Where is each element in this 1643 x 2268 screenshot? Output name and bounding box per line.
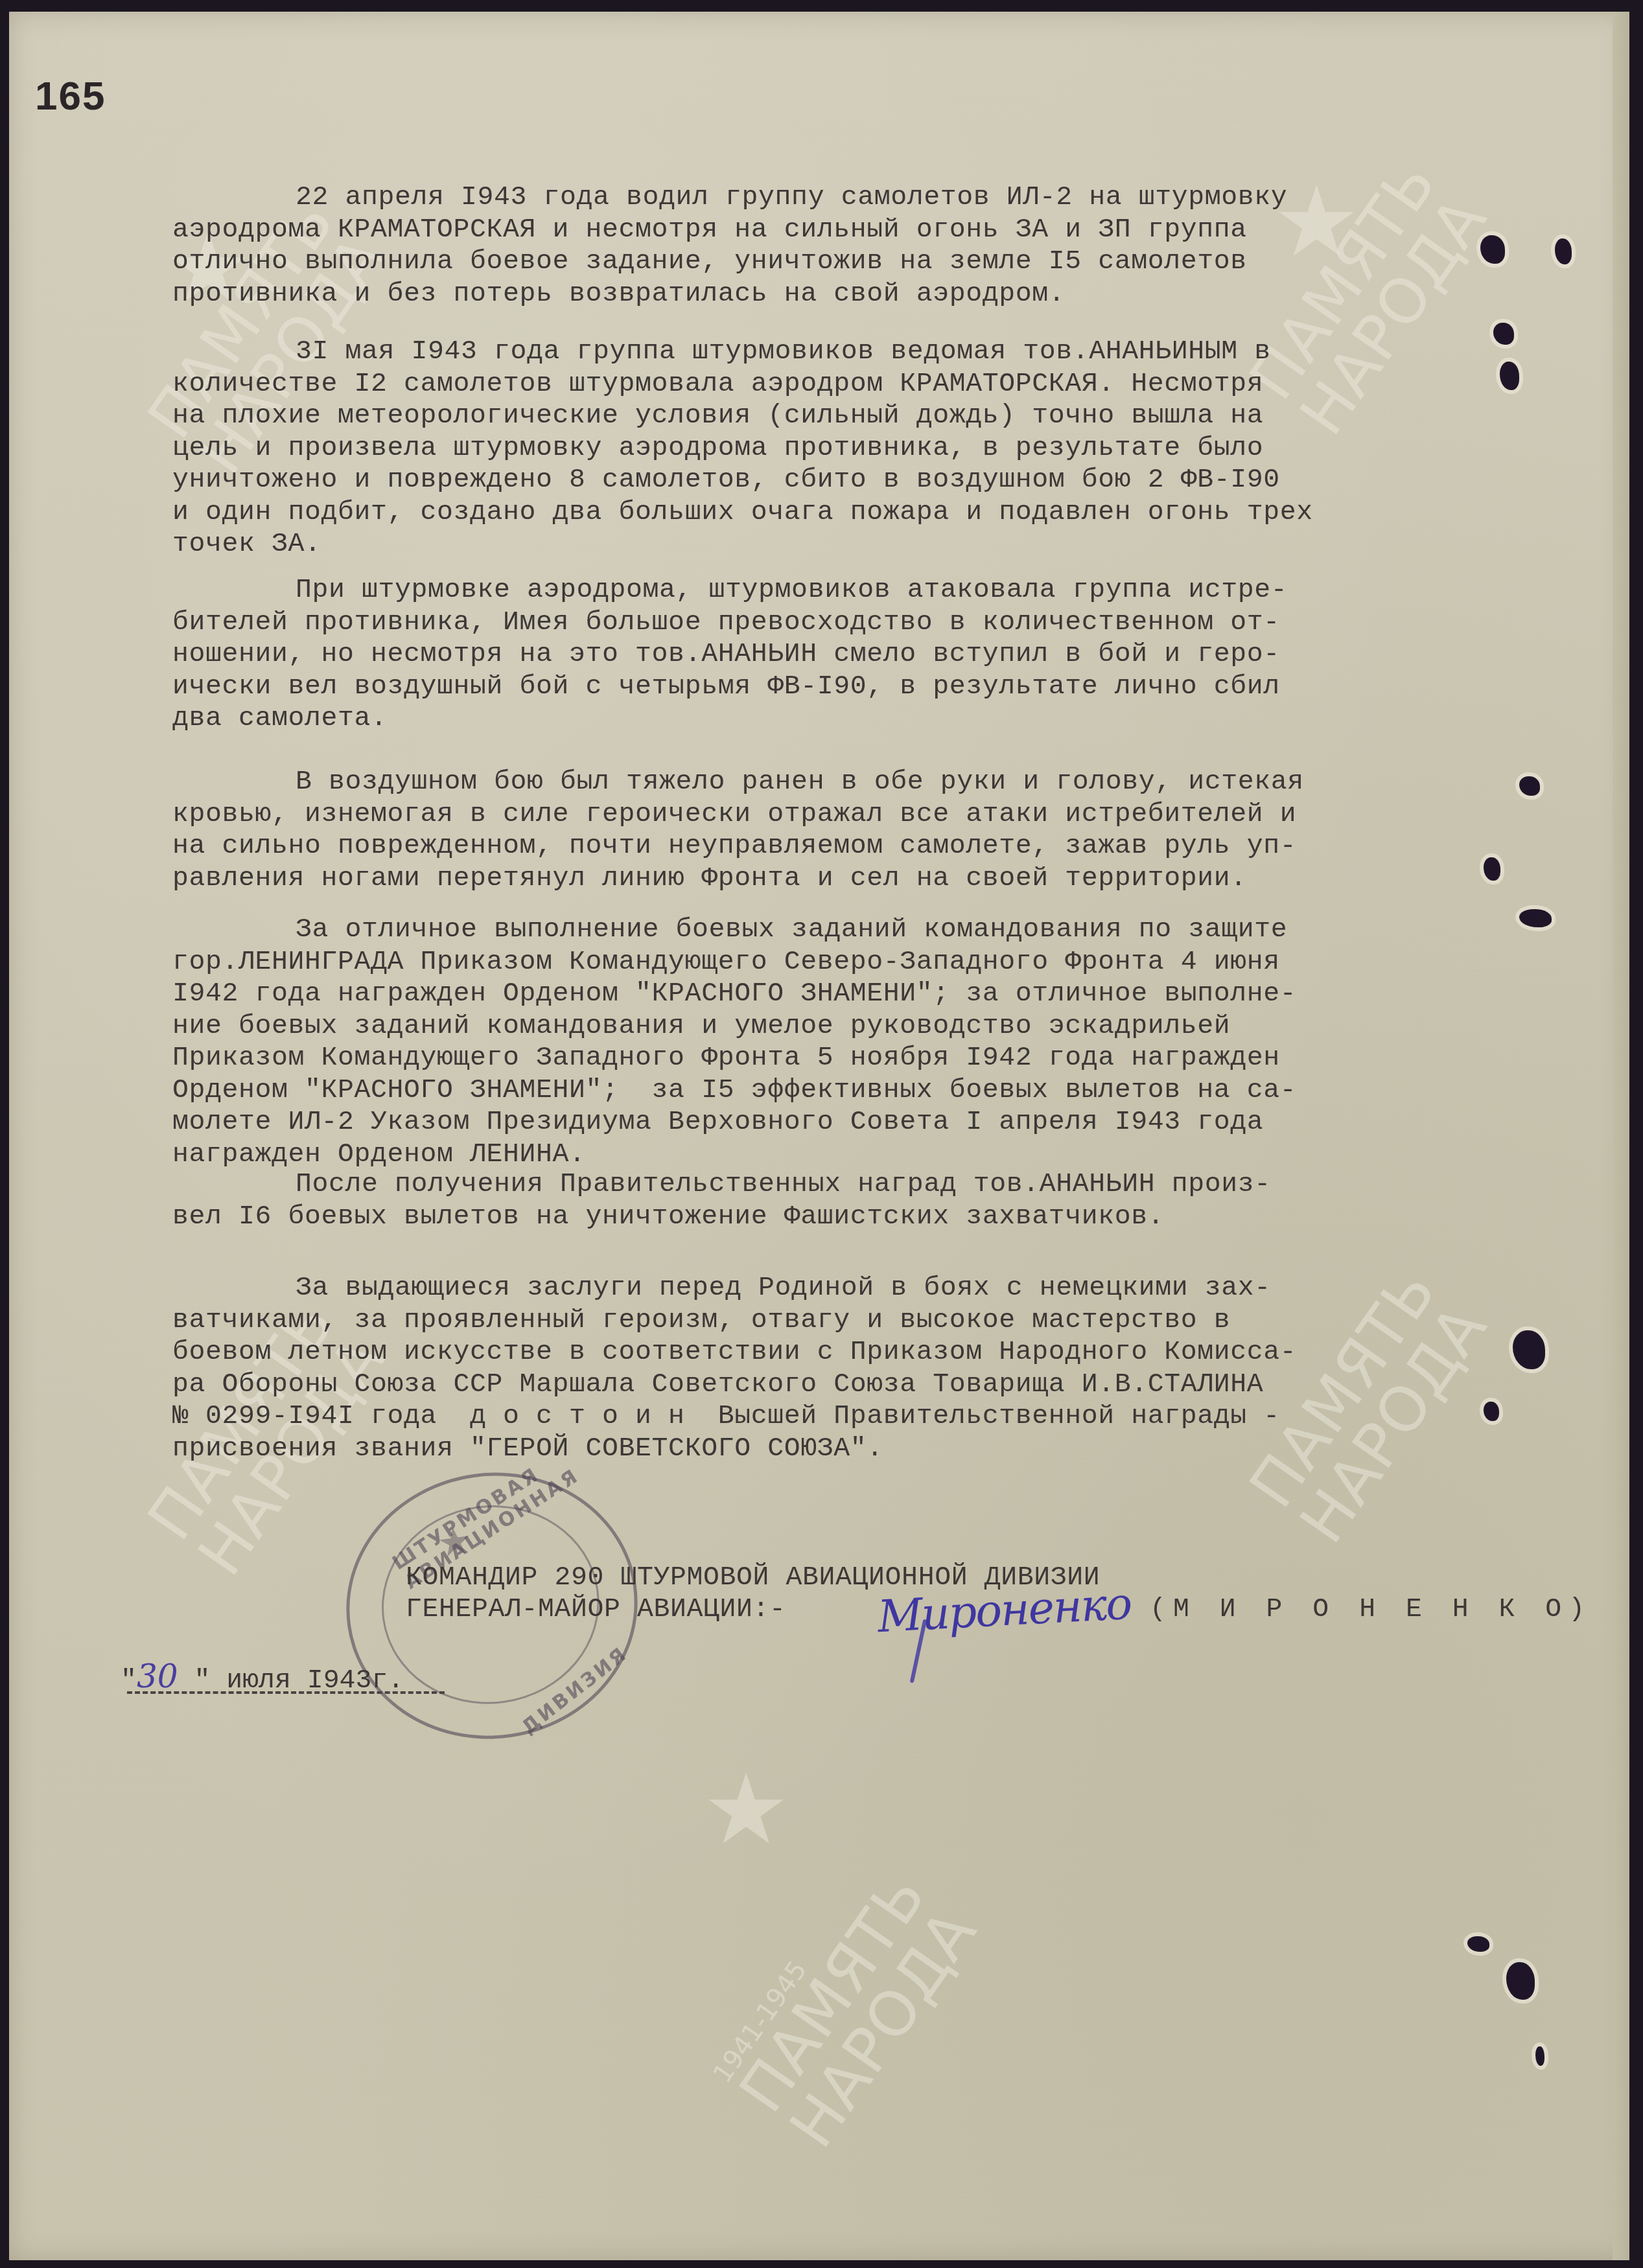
text-line: и один подбит, создано два больших очага…: [172, 496, 1313, 529]
text-line: цель и произвела штурмовку аэродрома про…: [172, 432, 1263, 465]
text-line: вел I6 боевых вылетов на уничтожение Фаш…: [172, 1201, 1164, 1233]
text-line: молете ИЛ-2 Указом Президиума Верховного…: [172, 1106, 1263, 1139]
text-line: После получения Правительственных наград…: [296, 1168, 1271, 1201]
document-page: ПАМЯТЬ НАРОДА ПАМЯТЬ НАРОДА ПАМЯТЬ НАРОД…: [9, 12, 1629, 2260]
text-line: 22 апреля I943 года водил группу самолет…: [296, 181, 1287, 214]
text-line: № 0299-I94I года д о с т о и н Высшей Пр…: [172, 1400, 1280, 1433]
text-line: ически вел воздушный бой с четырьмя ФВ-I…: [172, 671, 1280, 703]
paper-hole: [1500, 362, 1519, 390]
text-line: Орденом "КРАСНОГО ЗНАМЕНИ"; за I5 эффект…: [172, 1074, 1296, 1107]
date-line: "30 " июля I943г.: [121, 1658, 404, 1696]
text-line: При штурмовке аэродрома, штурмовиков ата…: [296, 574, 1287, 607]
text-line: на плохие метеорологические условия (сил…: [172, 400, 1263, 432]
date-underline: [127, 1691, 445, 1694]
typed-name: (М И Р О Н Е Н К О): [1150, 1594, 1592, 1625]
text-line: противника и без потерь возвратилась на …: [172, 278, 1065, 310]
text-line: I942 года награжден Орденом "КРАСНОГО ЗН…: [172, 978, 1296, 1010]
text-line: гор.ЛЕНИНГРАДА Приказом Командующего Сев…: [172, 946, 1280, 978]
text-line: За отличное выполнение боевых заданий ко…: [296, 914, 1287, 946]
text-line: уничтожено и повреждено 8 самолетов, сби…: [172, 464, 1280, 496]
text-line: бителей противника, Имея большое превосх…: [172, 607, 1280, 639]
text-line: равления ногами перетянул линию Фронта и…: [172, 862, 1247, 895]
text-line: ватчиками, за проявленный героизм, отваг…: [172, 1304, 1230, 1337]
text-line: отлично выполнила боевое задание, уничто…: [172, 246, 1247, 278]
text-line: 3I мая I943 года группа штурмовиков ведо…: [296, 336, 1271, 368]
text-line: награжден Орденом ЛЕНИНА.: [172, 1139, 586, 1171]
text-line: количестве I2 самолетов штурмовала аэрод…: [172, 368, 1263, 400]
text-line: ние боевых заданий командования и умелое…: [172, 1010, 1230, 1043]
paper-hole: [1535, 2046, 1544, 2066]
text-line: Приказом Командующего Западного Фронта 5…: [172, 1042, 1280, 1074]
text-line: два самолета.: [172, 702, 388, 735]
date-day-handwritten: 30: [137, 1658, 178, 1695]
signature-title-line2: ГЕНЕРАЛ-МАЙОР АВИАЦИИ:-: [406, 1594, 786, 1625]
document-body: 22 апреля I943 года водил группу самолет…: [9, 12, 1629, 2260]
text-line: на сильно поврежденном, почти неуправляе…: [172, 830, 1296, 862]
text-line: боевом летном искусстве в соответствии с…: [172, 1336, 1296, 1369]
text-line: аэродрома КРАМАТОРСКАЯ и несмотря на сил…: [172, 214, 1247, 246]
text-line: За выдающиеся заслуги перед Родиной в бо…: [296, 1272, 1271, 1304]
paper-hole: [1484, 1402, 1499, 1421]
text-line: присвоения звания "ГЕРОЙ СОВЕТСКОГО СОЮЗ…: [172, 1433, 883, 1465]
text-line: ношении, но несмотря на это тов.АНАНЬИН …: [172, 638, 1280, 671]
text-line: В воздушном бою был тяжело ранен в обе р…: [296, 766, 1304, 798]
paper-hole: [1555, 238, 1572, 264]
text-line: точек ЗА.: [172, 528, 321, 561]
text-line: кровью, изнемогая в силе героически отра…: [172, 798, 1296, 831]
text-line: ра Обороны Союза ССР Маршала Советского …: [172, 1369, 1263, 1401]
paper-hole: [1484, 857, 1500, 881]
